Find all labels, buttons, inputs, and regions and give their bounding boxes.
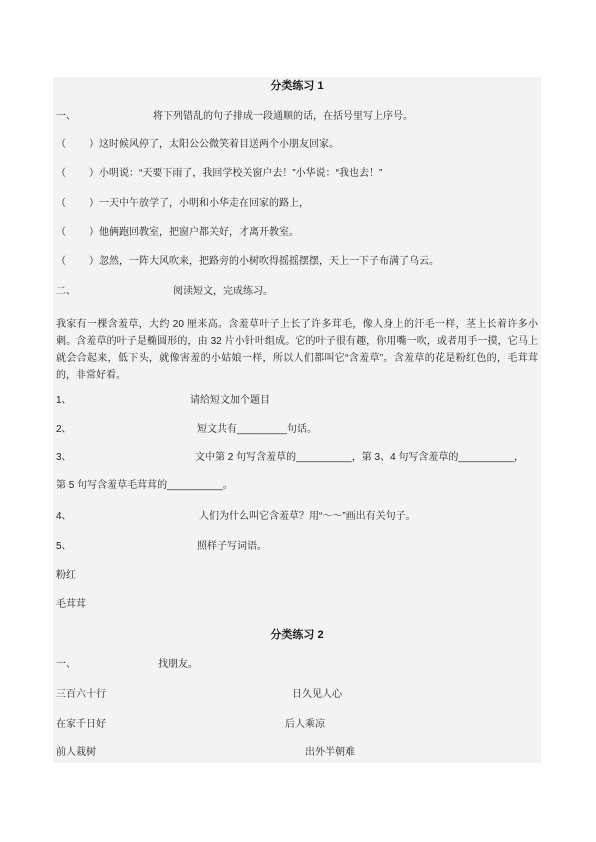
match-left-phrase: 前人栽树 bbox=[56, 746, 305, 760]
answer-paren-blank: （ ） bbox=[56, 226, 99, 240]
sentence-order-item: （ ）他俩跑回教室，把窗户都关好，才离开教室。 bbox=[56, 226, 538, 240]
match-pair-row: 前人栽树出外半朝难 bbox=[56, 746, 538, 760]
question-text: 人们为什么叫它含羞草？用“～～”画出有关句子。 bbox=[199, 511, 416, 522]
question-continuation-row: 第 5 句写含羞草毛茸茸的__________。 bbox=[56, 479, 538, 493]
match-pair-row: 三百六十行日久见人心 bbox=[56, 688, 538, 702]
question-row: 5、照样子写词语。 bbox=[56, 540, 538, 554]
section2-exercise1-heading: 一、找朋友。 bbox=[56, 658, 538, 672]
page-canvas: 分类练习 1 一、将下列错乱的句子排成一段通顺的话，在括号里写上序号。 （ ）这… bbox=[0, 0, 596, 842]
match-pair-row: 在家千日好后人乘凉 bbox=[56, 718, 538, 732]
worksheet-sheet: 分类练习 1 一、将下列错乱的句子排成一段通顺的话，在括号里写上序号。 （ ）这… bbox=[53, 77, 541, 763]
sentence-text: 小明说：“天要下雨了，我回学校关窗户去！”小华说：“我也去！” bbox=[99, 168, 382, 179]
question-text: 请给短文加个题目 bbox=[190, 395, 270, 406]
question-number-label: 4、 bbox=[56, 510, 199, 524]
question-text: 照样子写词语。 bbox=[197, 541, 267, 552]
exercise-instruction-text: 将下列错乱的句子排成一段通顺的话，在括号里写上序号。 bbox=[153, 111, 413, 122]
question-row: 2、短文共有_________句话。 bbox=[56, 423, 538, 437]
sentence-order-item: （ ）这时候风停了，太阳公公微笑着目送两个小朋友回家。 bbox=[56, 138, 538, 152]
question-row: 3、文中第 2 句写含羞草的__________，第 3、4 句写含羞草的___… bbox=[56, 451, 538, 465]
sentence-order-item: （ ）一天中午放学了，小明和小华走在回家的路上， bbox=[56, 197, 538, 211]
sentence-text: 忽然，一阵大风吹来，把路旁的小树吹得摇摇摆摆，天上一下子布满了乌云。 bbox=[99, 256, 439, 267]
exercise-instruction-text: 找朋友。 bbox=[158, 659, 198, 670]
sentence-text: 他俩跑回教室，把窗户都关好，才离开教室。 bbox=[99, 227, 299, 238]
section2-title: 分类练习 2 bbox=[53, 628, 541, 642]
answer-paren-blank: （ ） bbox=[56, 255, 99, 269]
exercise-number-label: 一、 bbox=[56, 110, 153, 124]
answer-paren-blank: （ ） bbox=[56, 138, 99, 152]
question-number-label: 2、 bbox=[56, 423, 197, 437]
sentence-text: 这时候风停了，太阳公公微笑着目送两个小朋友回家。 bbox=[99, 139, 339, 150]
reading-passage: 我家有一棵含羞草，大约 20 厘米高。含羞草叶子上长了许多茸毛，像人身上的汗毛一… bbox=[56, 316, 538, 384]
match-left-phrase: 在家千日好 bbox=[56, 718, 285, 732]
answer-paren-blank: （ ） bbox=[56, 197, 99, 211]
section1-exercise1-heading: 一、将下列错乱的句子排成一段通顺的话，在括号里写上序号。 bbox=[56, 110, 538, 124]
exercise-number-label: 二、 bbox=[56, 285, 173, 299]
sentence-order-item: （ ）忽然，一阵大风吹来，把路旁的小树吹得摇摇摆摆，天上一下子布满了乌云。 bbox=[56, 255, 538, 269]
question-row: 1、请给短文加个题目 bbox=[56, 394, 538, 408]
section1-exercise2-heading: 二、阅读短文，完成练习。 bbox=[56, 285, 538, 299]
example-word: 毛茸茸 bbox=[56, 598, 538, 612]
question-text: 短文共有_________句话。 bbox=[197, 424, 317, 435]
exercise-number-label: 一、 bbox=[56, 658, 158, 672]
sentence-order-item: （ ）小明说：“天要下雨了，我回学校关窗户去！”小华说：“我也去！” bbox=[56, 167, 538, 181]
answer-paren-blank: （ ） bbox=[56, 167, 99, 181]
question-text: 文中第 2 句写含羞草的__________，第 3、4 句写含羞草的_____… bbox=[195, 452, 524, 463]
question-text: 第 5 句写含羞草毛茸茸的__________。 bbox=[56, 480, 233, 491]
question-number-label: 1、 bbox=[56, 394, 190, 408]
match-left-phrase: 三百六十行 bbox=[56, 688, 292, 702]
section1-title: 分类练习 1 bbox=[53, 79, 541, 93]
example-word: 粉红 bbox=[56, 569, 538, 583]
question-number-label: 5、 bbox=[56, 540, 197, 554]
sentence-text: 一天中午放学了，小明和小华走在回家的路上， bbox=[99, 198, 309, 209]
question-number-label: 3、 bbox=[56, 451, 195, 465]
example-word-text: 粉红 bbox=[56, 570, 76, 581]
question-row: 4、人们为什么叫它含羞草？用“～～”画出有关句子。 bbox=[56, 510, 538, 524]
match-right-phrase: 后人乘凉 bbox=[285, 719, 325, 730]
match-right-phrase: 日久见人心 bbox=[292, 689, 342, 700]
match-right-phrase: 出外半朝难 bbox=[305, 747, 355, 758]
example-word-text: 毛茸茸 bbox=[56, 599, 86, 610]
exercise-instruction-text: 阅读短文，完成练习。 bbox=[173, 286, 273, 297]
